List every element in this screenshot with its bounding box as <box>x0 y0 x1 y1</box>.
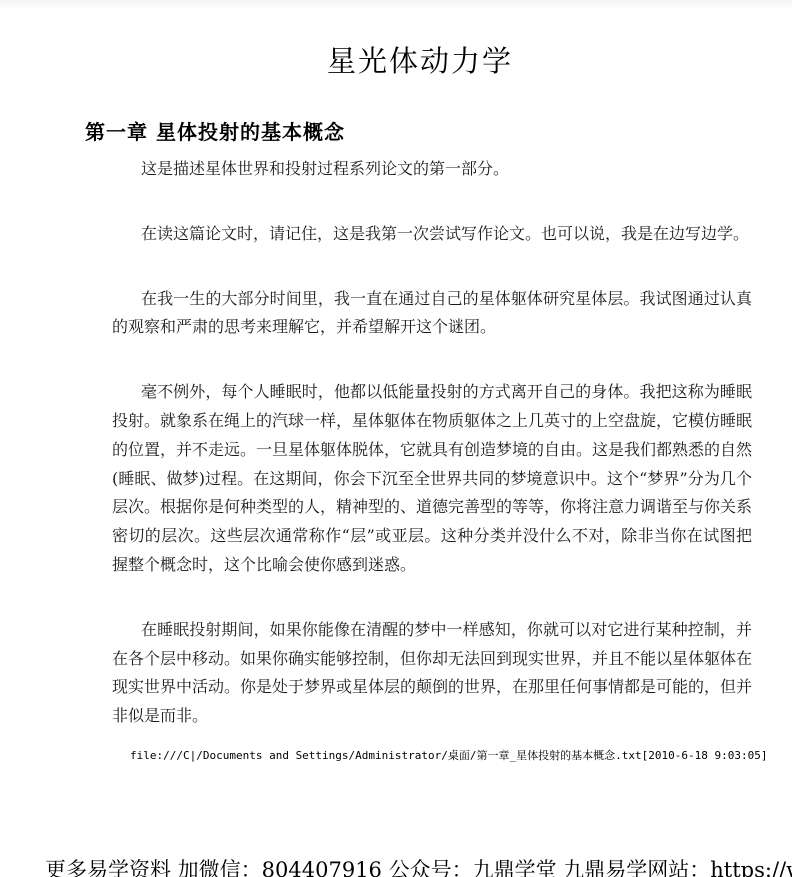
paragraph-1: 这是描述星体世界和投射过程系列论文的第一部分。 <box>112 155 752 184</box>
page-top-shade <box>0 0 792 11</box>
file-path-footer: file:///C|/Documents and Settings/Admini… <box>130 747 760 763</box>
document-body: 这是描述星体世界和投射过程系列论文的第一部分。 在读这篇论文时，请记住，这是我第… <box>112 155 752 767</box>
paragraph-4: 毫不例外，每个人睡眠时，他都以低能量投射的方式离开自己的身体。我把这称为睡眠投射… <box>112 378 752 580</box>
paragraph-3: 在我一生的大部分时间里，我一直在通过自己的星体躯体研究星体层。我试图通过认真的观… <box>112 285 752 343</box>
promo-banner-text: 更多易学资料 加微信：804407916 公众号：九鼎学堂 九鼎易学网站：htt… <box>45 854 792 877</box>
paragraph-5: 在睡眠投射期间，如果你能像在清醒的梦中一样感知，你就可以对它进行某种控制，并在各… <box>112 616 752 731</box>
chapter-heading: 第一章 星体投射的基本概念 <box>85 116 345 145</box>
paragraph-2: 在读这篇论文时，请记住，这是我第一次尝试写作论文。也可以说，我是在边写边学。 <box>112 220 752 249</box>
document-title: 星光体动力学 <box>88 39 752 80</box>
document-page: { "doc": { "title": "星光体动力学", "chapter_h… <box>0 0 792 877</box>
